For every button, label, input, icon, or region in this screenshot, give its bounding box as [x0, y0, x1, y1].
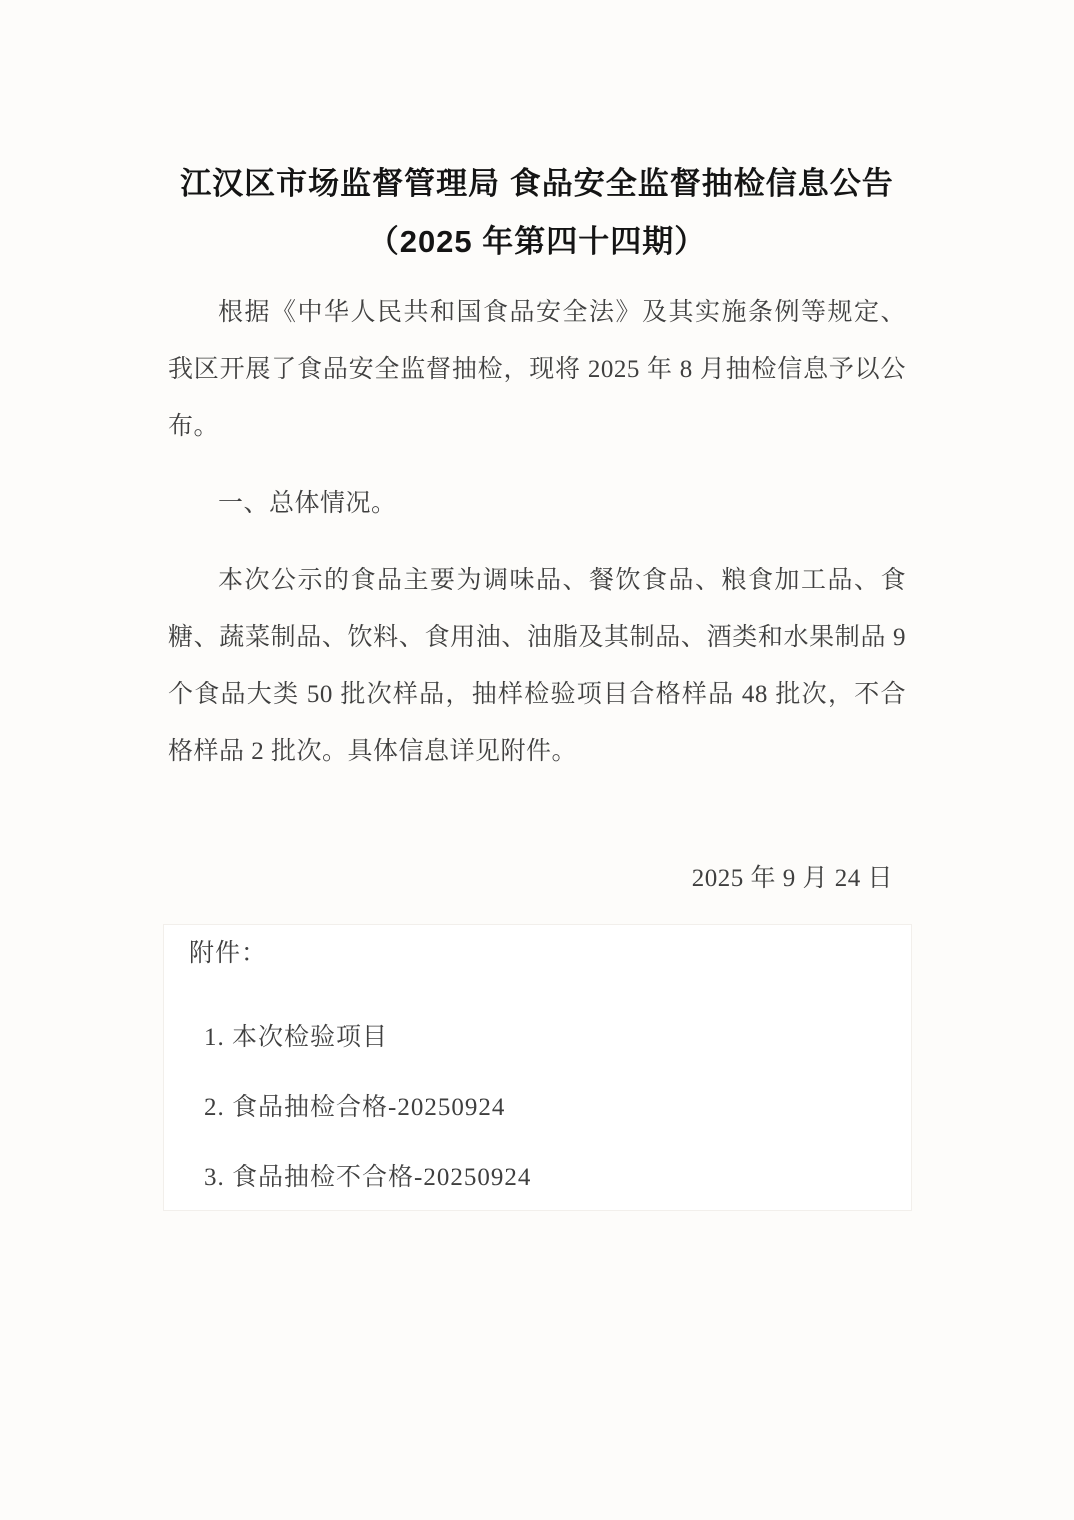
document-page: 江汉区市场监督管理局 食品安全监督抽检信息公告 （2025 年第四十四期） 根据… [0, 0, 1074, 1520]
document-content: 江汉区市场监督管理局 食品安全监督抽检信息公告 （2025 年第四十四期） 根据… [168, 0, 906, 1211]
attachments-section: 附件： 1. 本次检验项目 2. 食品抽检合格-20250924 3. 食品抽检… [163, 924, 912, 1211]
attachments-label: 附件： [189, 925, 891, 982]
attachment-link-inspection-items[interactable]: 1. 本次检验项目 [204, 1009, 891, 1066]
attachment-link-passed-samples[interactable]: 2. 食品抽检合格-20250924 [204, 1079, 891, 1136]
document-title-line2: （2025 年第四十四期） [168, 213, 906, 271]
publish-date: 2025 年 9 月 24 日 [168, 850, 906, 907]
section-heading: 一、总体情况。 [168, 475, 906, 532]
document-title-line1: 江汉区市场监督管理局 食品安全监督抽检信息公告 [168, 155, 906, 213]
document-title: 江汉区市场监督管理局 食品安全监督抽检信息公告 （2025 年第四十四期） [168, 155, 906, 271]
attachment-link-failed-samples[interactable]: 3. 食品抽检不合格-20250924 [204, 1149, 891, 1206]
intro-paragraph: 根据《中华人民共和国食品安全法》及其实施条例等规定、我区开展了食品安全监督抽检，… [168, 284, 906, 455]
overview-paragraph: 本次公示的食品主要为调味品、餐饮食品、粮食加工品、食糖、蔬菜制品、饮料、食用油、… [168, 552, 906, 780]
